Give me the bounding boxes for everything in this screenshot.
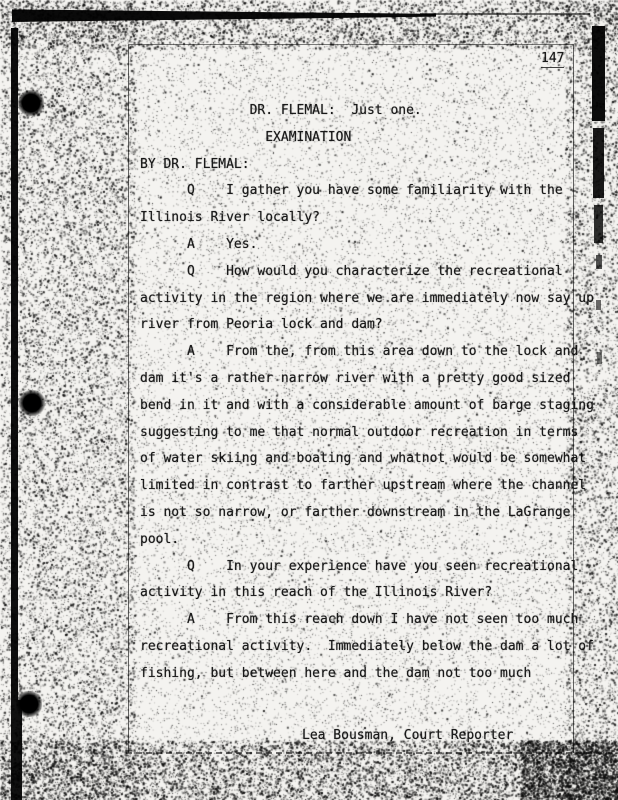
scan-edge-left [11,28,18,800]
scanned-transcript-page: 147 DR. FLEMAL: Just one. EXAMINATION BY… [0,0,618,800]
page-number: 147 [541,51,564,68]
hole-punch [18,90,44,116]
scan-edge-right [596,255,602,269]
transcript-line: of water skiing and boating and whatnot … [140,446,594,473]
transcript-line: A From the, from this area down to the l… [140,339,594,366]
transcript-line: BY DR. FLEMAL: [140,152,594,179]
transcript-line: Illinois River locally? [140,205,594,232]
transcript-line: river from Peoria lock and dam? [140,312,594,339]
scan-edge-right [597,352,602,364]
transcript-frame-bottom [126,752,612,754]
scan-edge-right [594,205,603,243]
transcript-line: A From this reach down I have not seen t… [140,607,594,634]
scan-edge-right [596,300,601,310]
transcript-body: DR. FLEMAL: Just one. EXAMINATION BY DR.… [140,98,594,688]
hole-punch [19,390,45,416]
transcript-line: Q How would you characterize the recreat… [140,259,594,286]
scan-edge-top-thin [420,13,590,15]
hole-punch [16,691,42,717]
transcript-line: recreational activity. Immediately below… [140,634,594,661]
transcript-line: DR. FLEMAL: Just one. [140,98,594,125]
transcript-line: Q In your experience have you seen recre… [140,554,594,581]
transcript-line: suggesting to me that normal outdoor rec… [140,420,594,447]
transcript-line: Q I gather you have some familiarity wit… [140,178,594,205]
transcript-line: A Yes. [140,232,594,259]
scan-edge-top [12,8,436,22]
transcript-line: dam it's a rather narrow river with a pr… [140,366,594,393]
transcript-line: activity in the region where we are imme… [140,286,594,313]
scan-edge-right [593,128,604,198]
transcript-line: EXAMINATION [140,125,594,152]
transcript-line: activity in this reach of the Illinois R… [140,580,594,607]
transcript-line: fishing, but between here and the dam no… [140,661,594,688]
court-reporter-signature: Lea Bousman, Court Reporter [302,728,513,743]
transcript-line: limited in contrast to farther upstream … [140,473,594,500]
transcript-line: bend in it and with a considerable amoun… [140,393,594,420]
transcript-line: pool. [140,527,594,554]
transcript-line: is not so narrow, or farther downstream … [140,500,594,527]
